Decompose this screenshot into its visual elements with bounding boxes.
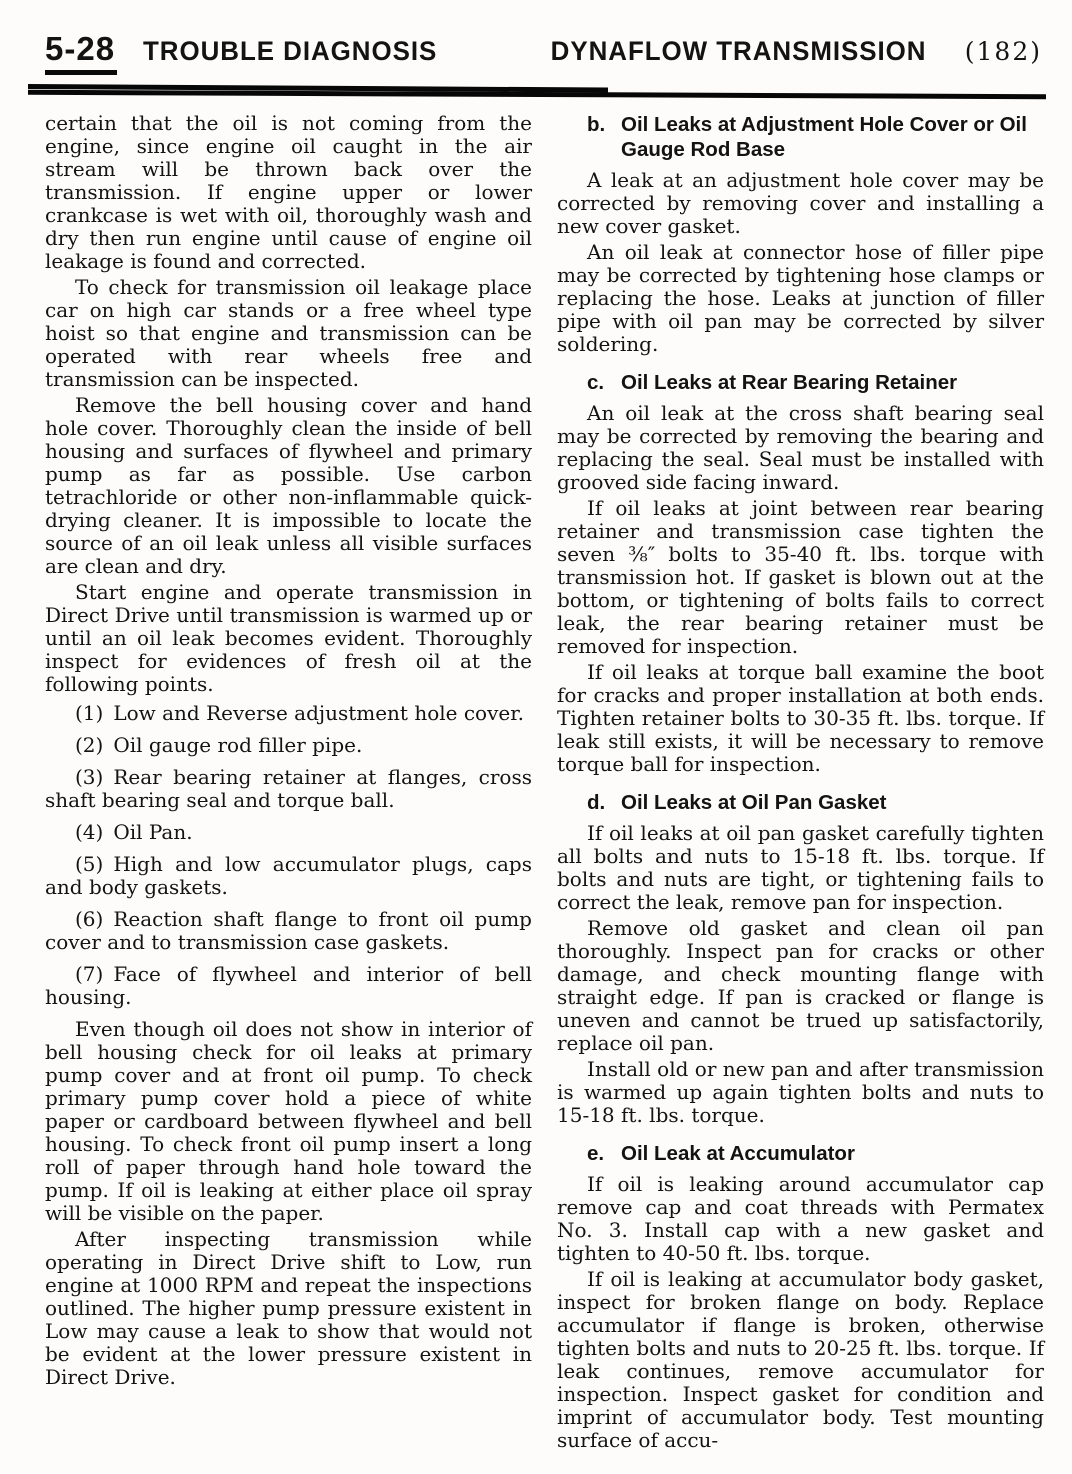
list-item: (7) Face of flywheel and interior of bel…: [45, 963, 532, 1009]
section-heading: b.Oil Leaks at Adjustment Hole Cover or …: [557, 112, 1044, 162]
body-paragraph: If oil is leaking around accumulator cap…: [557, 1173, 1044, 1265]
section-heading: d.Oil Leaks at Oil Pan Gasket: [557, 790, 1044, 815]
body-paragraph: If oil leaks at oil pan gasket carefully…: [557, 822, 1044, 914]
inspection-list: (1) Low and Reverse adjustment hole cove…: [45, 702, 532, 1009]
body-paragraph: certain that the oil is not coming from …: [45, 112, 532, 273]
list-item: (6) Reaction shaft flange to front oil p…: [45, 908, 532, 954]
body-paragraph: A leak at an adjustment hole cover may b…: [557, 169, 1044, 238]
section-label: c.: [587, 370, 621, 395]
body-paragraph: Remove old gasket and clean oil pan thor…: [557, 917, 1044, 1055]
section-title: Oil Leaks at Oil Pan Gasket: [621, 791, 886, 814]
column-left: certain that the oil is not coming from …: [45, 112, 532, 1392]
section-b: b.Oil Leaks at Adjustment Hole Cover or …: [557, 112, 1044, 356]
list-item: (3) Rear bearing retainer at flanges, cr…: [45, 766, 532, 812]
body-paragraph: Remove the bell housing cover and hand h…: [45, 394, 532, 578]
list-item: (5) High and low accumulator plugs, caps…: [45, 853, 532, 899]
body-paragraph: If oil leaks at torque ball examine the …: [557, 661, 1044, 776]
section-label: d.: [587, 790, 621, 815]
body-paragraph: Even though oil does not show in interio…: [45, 1018, 532, 1225]
list-item: (4) Oil Pan.: [45, 821, 532, 844]
manual-page: 5-28 TROUBLE DIAGNOSIS DYNAFLOW TRANSMIS…: [0, 0, 1072, 1474]
body-paragraph: After inspecting transmission while oper…: [45, 1228, 532, 1389]
body-paragraph: An oil leak at connector hose of filler …: [557, 241, 1044, 356]
section-heading: c.Oil Leaks at Rear Bearing Retainer: [557, 370, 1044, 395]
header-page-ref: (182): [965, 37, 1042, 66]
body-paragraph: Start engine and operate transmission in…: [45, 581, 532, 696]
section-title: Oil Leak at Accumulator: [621, 1142, 855, 1165]
section-label: b.: [587, 112, 621, 137]
list-item: (2) Oil gauge rod filler pipe.: [45, 734, 532, 757]
section-label: e.: [587, 1141, 621, 1166]
body-paragraph: If oil leaks at joint between rear beari…: [557, 497, 1044, 658]
body-paragraph: Install old or new pan and after transmi…: [557, 1058, 1044, 1127]
section-e: e.Oil Leak at Accumulator If oil is leak…: [557, 1141, 1044, 1452]
page-number: 5-28: [45, 30, 117, 75]
section-heading: e.Oil Leak at Accumulator: [557, 1141, 1044, 1166]
header-rule: [28, 84, 1046, 108]
header-rule-main: [28, 90, 1046, 99]
section-title: Oil Leaks at Adjustment Hole Cover or Oi…: [621, 113, 1027, 161]
list-item: (1) Low and Reverse adjustment hole cove…: [45, 702, 532, 725]
section-c: c.Oil Leaks at Rear Bearing Retainer An …: [557, 370, 1044, 776]
body-paragraph: An oil leak at the cross shaft bearing s…: [557, 402, 1044, 494]
header-chapter-title: DYNAFLOW TRANSMISSION: [551, 36, 927, 67]
page-header: 5-28 TROUBLE DIAGNOSIS DYNAFLOW TRANSMIS…: [45, 30, 1042, 75]
section-title: Oil Leaks at Rear Bearing Retainer: [621, 371, 957, 394]
body-paragraph: To check for transmission oil leakage pl…: [45, 276, 532, 391]
body-paragraph: If oil is leaking at accumulator body ga…: [557, 1268, 1044, 1452]
column-right: b.Oil Leaks at Adjustment Hole Cover or …: [557, 112, 1044, 1455]
header-section-title: TROUBLE DIAGNOSIS: [143, 36, 437, 67]
section-d: d.Oil Leaks at Oil Pan Gasket If oil lea…: [557, 790, 1044, 1127]
